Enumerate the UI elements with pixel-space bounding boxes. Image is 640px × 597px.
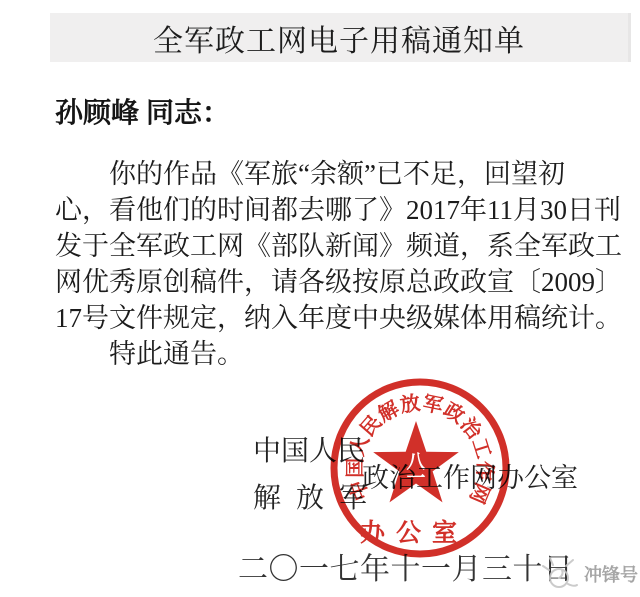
- title-band: 全军政工网电子用稿通知单: [50, 13, 631, 62]
- seal-bottom-text: 办公室: [360, 519, 468, 547]
- body-line: 特此通告。: [55, 336, 600, 372]
- body-line: 发于全军政工网《部队新闻》频道，系全军政工: [55, 228, 600, 264]
- body-line: 心，看他们的时间都去哪了》2017年11月30日刊: [55, 192, 600, 228]
- body-line: 17号文件规定，纳入年度中央级媒体用稿统计。: [55, 300, 600, 336]
- notice-title: 全军政工网电子用稿通知单: [153, 16, 525, 60]
- bugle-icon: [537, 552, 581, 594]
- body-line: 你的作品《军旅“余额”已不足，回望初: [55, 156, 600, 192]
- watermark-label: 冲锋号: [584, 561, 638, 587]
- seal-star-char-bottom: 一: [406, 468, 425, 489]
- body-line: 网优秀原创稿件，请各级按原总政政宣〔2009〕: [55, 264, 600, 300]
- document-page: { "document": { "title": "全军政工网电子用稿通知单",…: [0, 0, 640, 597]
- addressee-line: 孙顾峰 同志：: [55, 91, 230, 131]
- body-paragraph: 你的作品《军旅“余额”已不足，回望初 心，看他们的时间都去哪了》2017年11月…: [55, 156, 600, 372]
- official-seal: 八 一 中国人民解放军政治工作网 办公室: [330, 378, 510, 558]
